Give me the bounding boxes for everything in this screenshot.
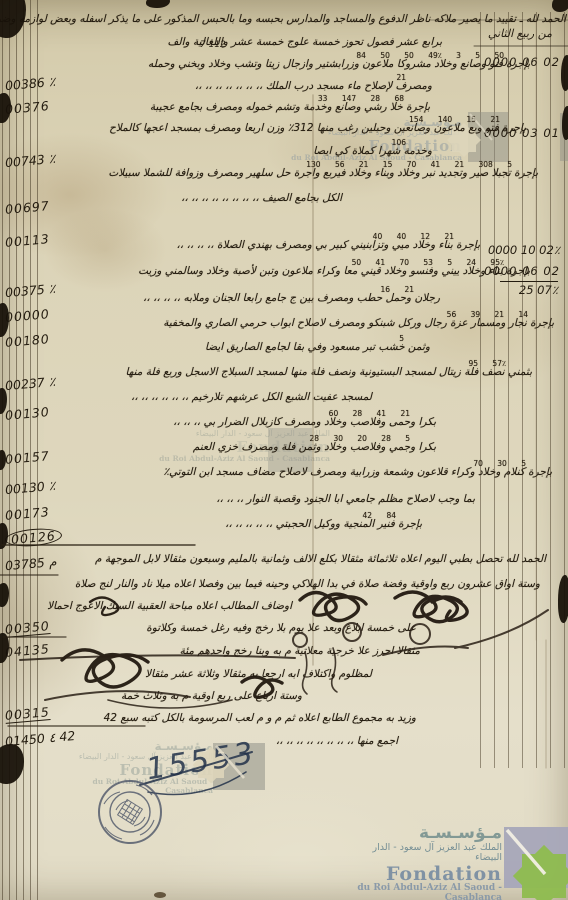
manuscript-line: 33 147 28 68بإجرة خلا رشي وصانع وخدمة وت… (150, 101, 430, 114)
manuscript-line: اوضاف المطالب اعلاه مباحة العقبية السبك … (47, 600, 292, 613)
ink-blot (552, 0, 568, 12)
manuscript-line: 5وثمن خشب تبر مسعود وفي بقا لجامع الصاري… (205, 341, 430, 354)
watermark-arabic-line: الملك عبد العزيز آل سعود - الدار البيضاء (350, 843, 502, 864)
manuscript-line: بما وجب لاصلاح مظلم جامعي ابا الجنود وقص… (216, 493, 475, 506)
manuscript-line: 16 21رجلان وحمل حطب ومصرف بين ج جامع راب… (143, 292, 440, 305)
watermark-french-line: du Roi Abdul-Aziz Al Saoud - Casablanca (350, 884, 502, 900)
manuscript-page: مـؤسـسـة الملك عبد العزيز آل سعود - الدا… (0, 0, 568, 900)
watermark-arabic-name: مـؤسـسـة (350, 824, 502, 843)
manuscript-line: 70 30 5بإجرة كنلام وخلاد وكراء قلاعون وش… (163, 466, 552, 479)
manuscript-line: الكل بجامع الصيف ،، ،، ،، ،، ،، ،، ،، ،، (181, 192, 342, 205)
manuscript-line: 56 39 21 14بإجرة نجار ومسمار عزة رجال ور… (163, 317, 554, 330)
manuscript-line: اجمع منها ،، ،، ،، ،، ،، ،، ،، ،، (276, 735, 398, 748)
margin-number: 00386 ٪ (4, 74, 56, 93)
manuscript-line: 28 30 20 28 5بكرا وجمي وفلاصب وخلاد وثمن… (193, 441, 436, 454)
manuscript-line: وستة اواق عشرون ربع واوقية وفضة صلاة في … (75, 578, 540, 591)
ink-blot (561, 55, 568, 91)
foundation-logo-star-icon (522, 854, 566, 898)
amount-total: 25 07٪ (500, 281, 558, 297)
margin-number: 00375 ٪ (4, 281, 56, 300)
manuscript-line: الحمد لله تحصل بطبي اليوم اعلاه ثلاثمائة… (95, 553, 546, 566)
manuscript-line: مثقالا احرز علا خرجية معلاتية م به وبنا … (180, 645, 420, 658)
margin-number: 00237 ٪ (4, 374, 56, 393)
manuscript-line: على خمسة ابلاغ وبعد علا يوم بلا رخج وفيه… (146, 622, 416, 635)
margin-number: 00130 ٪ (4, 478, 56, 497)
ink-blot (562, 106, 568, 140)
manuscript-line: 95 57٪بثمني نصف فلة زيتال لمسجد البستيون… (126, 366, 532, 379)
ink-blot (558, 575, 568, 623)
manuscript-line: لمظلوم واكتلاف ابه ارجعا به مثقالا وثلاث… (145, 668, 372, 681)
manuscript-line: 130 56 21 15 70 41 21 308 5بإجرة تجبلا ص… (108, 167, 538, 180)
manuscript-line: 50 41 70 53 5 24 95٪بإجرة بناء وخلاد يين… (138, 265, 530, 278)
manuscript-line: 42 84بإجرة فنير المنجية ووكيل الحجبتي ،،… (225, 518, 422, 531)
amount-entry: 0000 06 02 (476, 55, 560, 69)
amount-entry: 0000 06 02 (476, 264, 560, 278)
margin-number: 03785 م (4, 554, 57, 573)
watermark-french-name: Fondation (350, 864, 502, 885)
watermark-bottom-right: مـؤسـسـة الملك عبد العزيز آل سعود - الدا… (350, 824, 502, 900)
amount-entry: 0000 10 02٪ (476, 243, 560, 257)
manuscript-line: 60 28 41 21بكرا وحمى وفلاصب وخلاد ومصرف … (173, 416, 436, 429)
manuscript-line: 106وخدمة شهرا كملاة كي ايصا (313, 145, 432, 158)
manuscript-line: 40 40 12 21بإجرة بناء وخلاد ميي وتزابنين… (177, 239, 481, 252)
manuscript-line: 84 50 50 49٪ 3 5 50بإجرة فنو وصانع وخلاد… (148, 58, 530, 71)
manuscript-line: وزيد به مجموع الطابع اعلاه ثم م و م لعب … (104, 712, 416, 725)
manuscript-line: 154 140 15 21بإجرة فتو وبع ملاعون وصانعي… (109, 122, 526, 135)
ink-blot (146, 0, 170, 8)
manuscript-line: لمسجد عفيت الشبع الكل عرشهم تلارخيم ،، ،… (131, 391, 372, 404)
date-column-header: من ربيع الثاني (488, 27, 552, 40)
manuscript-line: وستة ارباع على ربع اوقية م به وثلاث خمة (121, 690, 302, 703)
margin-number: 00743 ٪ (4, 151, 56, 170)
manuscript-line: برابع عشر فصول تحوز خمسة علوج خمسة عشر و… (168, 36, 442, 49)
amount-entry: 0000 03 01 (476, 126, 560, 140)
manuscript-line: الحمد لله ـ تقييد ما يصير ملاكه ناظر الد… (0, 13, 566, 26)
